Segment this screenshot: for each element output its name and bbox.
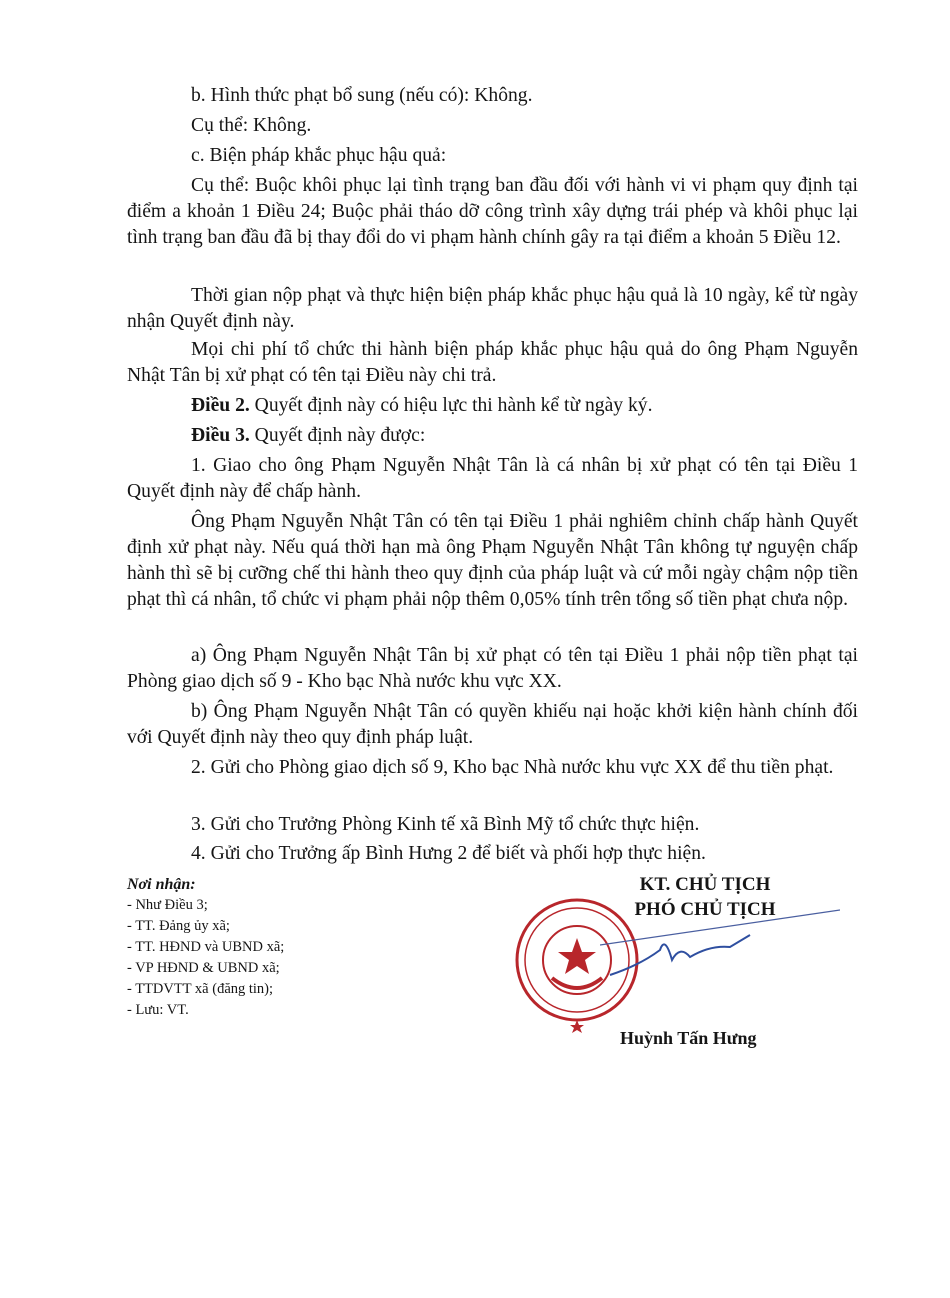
article-2: Điều 2. Quyết định này có hiệu lực thi h… xyxy=(191,393,652,419)
article-3-label: Điều 3. xyxy=(191,425,250,446)
recipient-item: - Như Điều 3; xyxy=(127,895,284,916)
signer-name: Huỳnh Tấn Hưng xyxy=(620,1028,757,1049)
document-page: b. Hình thức phạt bổ sung (nếu có): Khôn… xyxy=(0,0,950,1298)
item-b-paragraph: b) Ông Phạm Nguyễn Nhật Tân có quyền khi… xyxy=(127,699,858,751)
recipients-title: Nơi nhận: xyxy=(127,874,284,895)
item-4-line: 4. Gửi cho Trưởng ấp Bình Hưng 2 để biết… xyxy=(191,841,706,867)
recipient-item: - VP HĐND & UBND xã; xyxy=(127,958,284,979)
compliance-paragraph: Ông Phạm Nguyễn Nhật Tân có tên tại Điều… xyxy=(127,509,858,613)
article-3-text: Quyết định này được: xyxy=(250,425,426,446)
item-2-paragraph: 2. Gửi cho Phòng giao dịch số 9, Kho bạc… xyxy=(127,755,858,781)
signer-title-1: KT. CHỦ TỊCH xyxy=(560,872,850,897)
deadline-paragraph: Thời gian nộp phạt và thực hiện biện phá… xyxy=(127,283,858,335)
signer-title-2: PHÓ CHỦ TỊCH xyxy=(560,897,850,922)
recipient-item: - TT. Đảng ủy xã; xyxy=(127,916,284,937)
remedy-specific-paragraph: Cụ thể: Buộc khôi phục lại tình trạng ba… xyxy=(127,173,858,251)
article-2-text: Quyết định này có hiệu lực thi hành kể t… xyxy=(250,395,653,416)
cost-paragraph: Mọi chi phí tổ chức thi hành biện pháp k… xyxy=(127,337,858,389)
item-1-paragraph: 1. Giao cho ông Phạm Nguyễn Nhật Tân là … xyxy=(127,453,858,505)
article-3: Điều 3. Quyết định này được: xyxy=(191,423,425,449)
recipient-item: - Lưu: VT. xyxy=(127,1000,284,1021)
item-a-paragraph: a) Ông Phạm Nguyễn Nhật Tân bị xử phạt c… xyxy=(127,643,858,695)
recipient-item: - TTDVTT xã (đăng tin); xyxy=(127,979,284,1000)
article-2-label: Điều 2. xyxy=(191,395,250,416)
recipient-item: - TT. HĐND và UBND xã; xyxy=(127,937,284,958)
specific-none-line: Cụ thể: Không. xyxy=(191,113,311,139)
remedy-heading: c. Biện pháp khắc phục hậu quả: xyxy=(191,143,446,169)
item-3-line: 3. Gửi cho Trưởng Phòng Kinh tế xã Bình … xyxy=(191,812,699,838)
supplementary-penalty-line: b. Hình thức phạt bổ sung (nếu có): Khôn… xyxy=(191,83,532,109)
recipients-block: Nơi nhận: - Như Điều 3; - TT. Đảng ủy xã… xyxy=(127,874,284,1021)
signature-block: KT. CHỦ TỊCH PHÓ CHỦ TỊCH xyxy=(560,872,850,922)
